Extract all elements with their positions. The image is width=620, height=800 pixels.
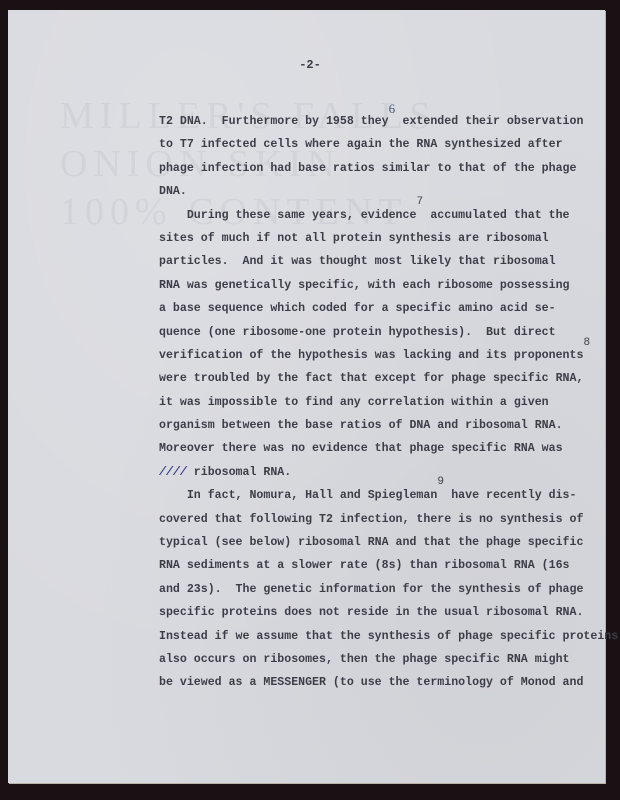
text-line: T2 DNA. Furthermore by 1958 they extende… <box>159 110 618 133</box>
line-text: specific proteins does not reside in the… <box>159 606 583 619</box>
text-line: Instead if we assume that the synthesis … <box>159 625 618 648</box>
text-line: RNA sediments at a slower rate (8s) than… <box>159 554 618 577</box>
footnote-superscript: 7 <box>417 191 424 214</box>
text-line: Moreover there was no evidence that phag… <box>159 437 618 460</box>
line-text: particles. And it was thought most likel… <box>159 255 556 268</box>
line-text: Moreover there was no evidence that phag… <box>159 442 563 455</box>
line-text: be viewed as a MESSENGER (to use the ter… <box>159 676 583 689</box>
line-text: organism between the base ratios of DNA … <box>159 419 563 432</box>
text-line: a base sequence which coded for a specif… <box>159 297 618 320</box>
body-text: T2 DNA. Furthermore by 1958 they extende… <box>159 110 618 695</box>
line-text: verification of the hypothesis was lacki… <box>159 349 583 362</box>
line-text: Instead if we assume that the synthesis … <box>159 630 618 643</box>
text-line: During these same years, evidence accumu… <box>159 204 618 227</box>
line-text: ribosomal RNA. <box>187 466 291 479</box>
text-line: quence (one ribosome-one protein hypothe… <box>159 321 618 344</box>
line-text: quence (one ribosome-one protein hypothe… <box>159 326 556 339</box>
line-text: During these same years, evidence accumu… <box>159 209 570 222</box>
line-text: RNA was genetically specific, with each … <box>159 279 570 292</box>
text-line: //// ribosomal RNA. <box>159 461 618 484</box>
page-number: -2- <box>0 58 620 72</box>
line-text: to T7 infected cells where again the RNA… <box>159 138 563 151</box>
footnote-superscript: 6 <box>389 97 396 120</box>
line-text: also occurs on ribosomes, then the phage… <box>159 653 570 666</box>
line-text: were troubled by the fact that except fo… <box>159 372 583 385</box>
text-line: covered that following T2 infection, the… <box>159 508 618 531</box>
text-line: typical (see below) ribosomal RNA and th… <box>159 531 618 554</box>
line-text: and 23s). The genetic information for th… <box>159 583 583 596</box>
text-line: also occurs on ribosomes, then the phage… <box>159 648 618 671</box>
text-line: DNA. <box>159 180 618 203</box>
line-text: phage infection had base ratios similar … <box>159 162 576 175</box>
line-text: T2 DNA. Furthermore by 1958 they extende… <box>159 115 583 128</box>
text-line: RNA was genetically specific, with each … <box>159 274 618 297</box>
text-line: sites of much if not all protein synthes… <box>159 227 618 250</box>
text-line: specific proteins does not reside in the… <box>159 601 618 624</box>
text-line: phage infection had base ratios similar … <box>159 157 618 180</box>
line-text: In fact, Nomura, Hall and Spiegleman hav… <box>159 489 576 502</box>
text-line: particles. And it was thought most likel… <box>159 250 618 273</box>
text-line: it was impossible to find any correlatio… <box>159 391 618 414</box>
line-text: it was impossible to find any correlatio… <box>159 396 549 409</box>
footnote-superscript: 8 <box>584 332 591 355</box>
text-line: organism between the base ratios of DNA … <box>159 414 618 437</box>
text-line: In fact, Nomura, Hall and Spiegleman hav… <box>159 484 618 507</box>
text-line: and 23s). The genetic information for th… <box>159 578 618 601</box>
text-line: to T7 infected cells where again the RNA… <box>159 133 618 156</box>
text-line: were troubled by the fact that except fo… <box>159 367 618 390</box>
line-text: RNA sediments at a slower rate (8s) than… <box>159 559 570 572</box>
line-text: covered that following T2 infection, the… <box>159 513 583 526</box>
line-text: DNA. <box>159 185 187 198</box>
text-line: be viewed as a MESSENGER (to use the ter… <box>159 671 618 694</box>
text-line: verification of the hypothesis was lacki… <box>159 344 618 367</box>
footnote-superscript: 9 <box>437 471 444 494</box>
struck-out-text: //// <box>159 466 187 479</box>
line-text: sites of much if not all protein synthes… <box>159 232 549 245</box>
line-text: typical (see below) ribosomal RNA and th… <box>159 536 583 549</box>
line-text: a base sequence which coded for a specif… <box>159 302 556 315</box>
